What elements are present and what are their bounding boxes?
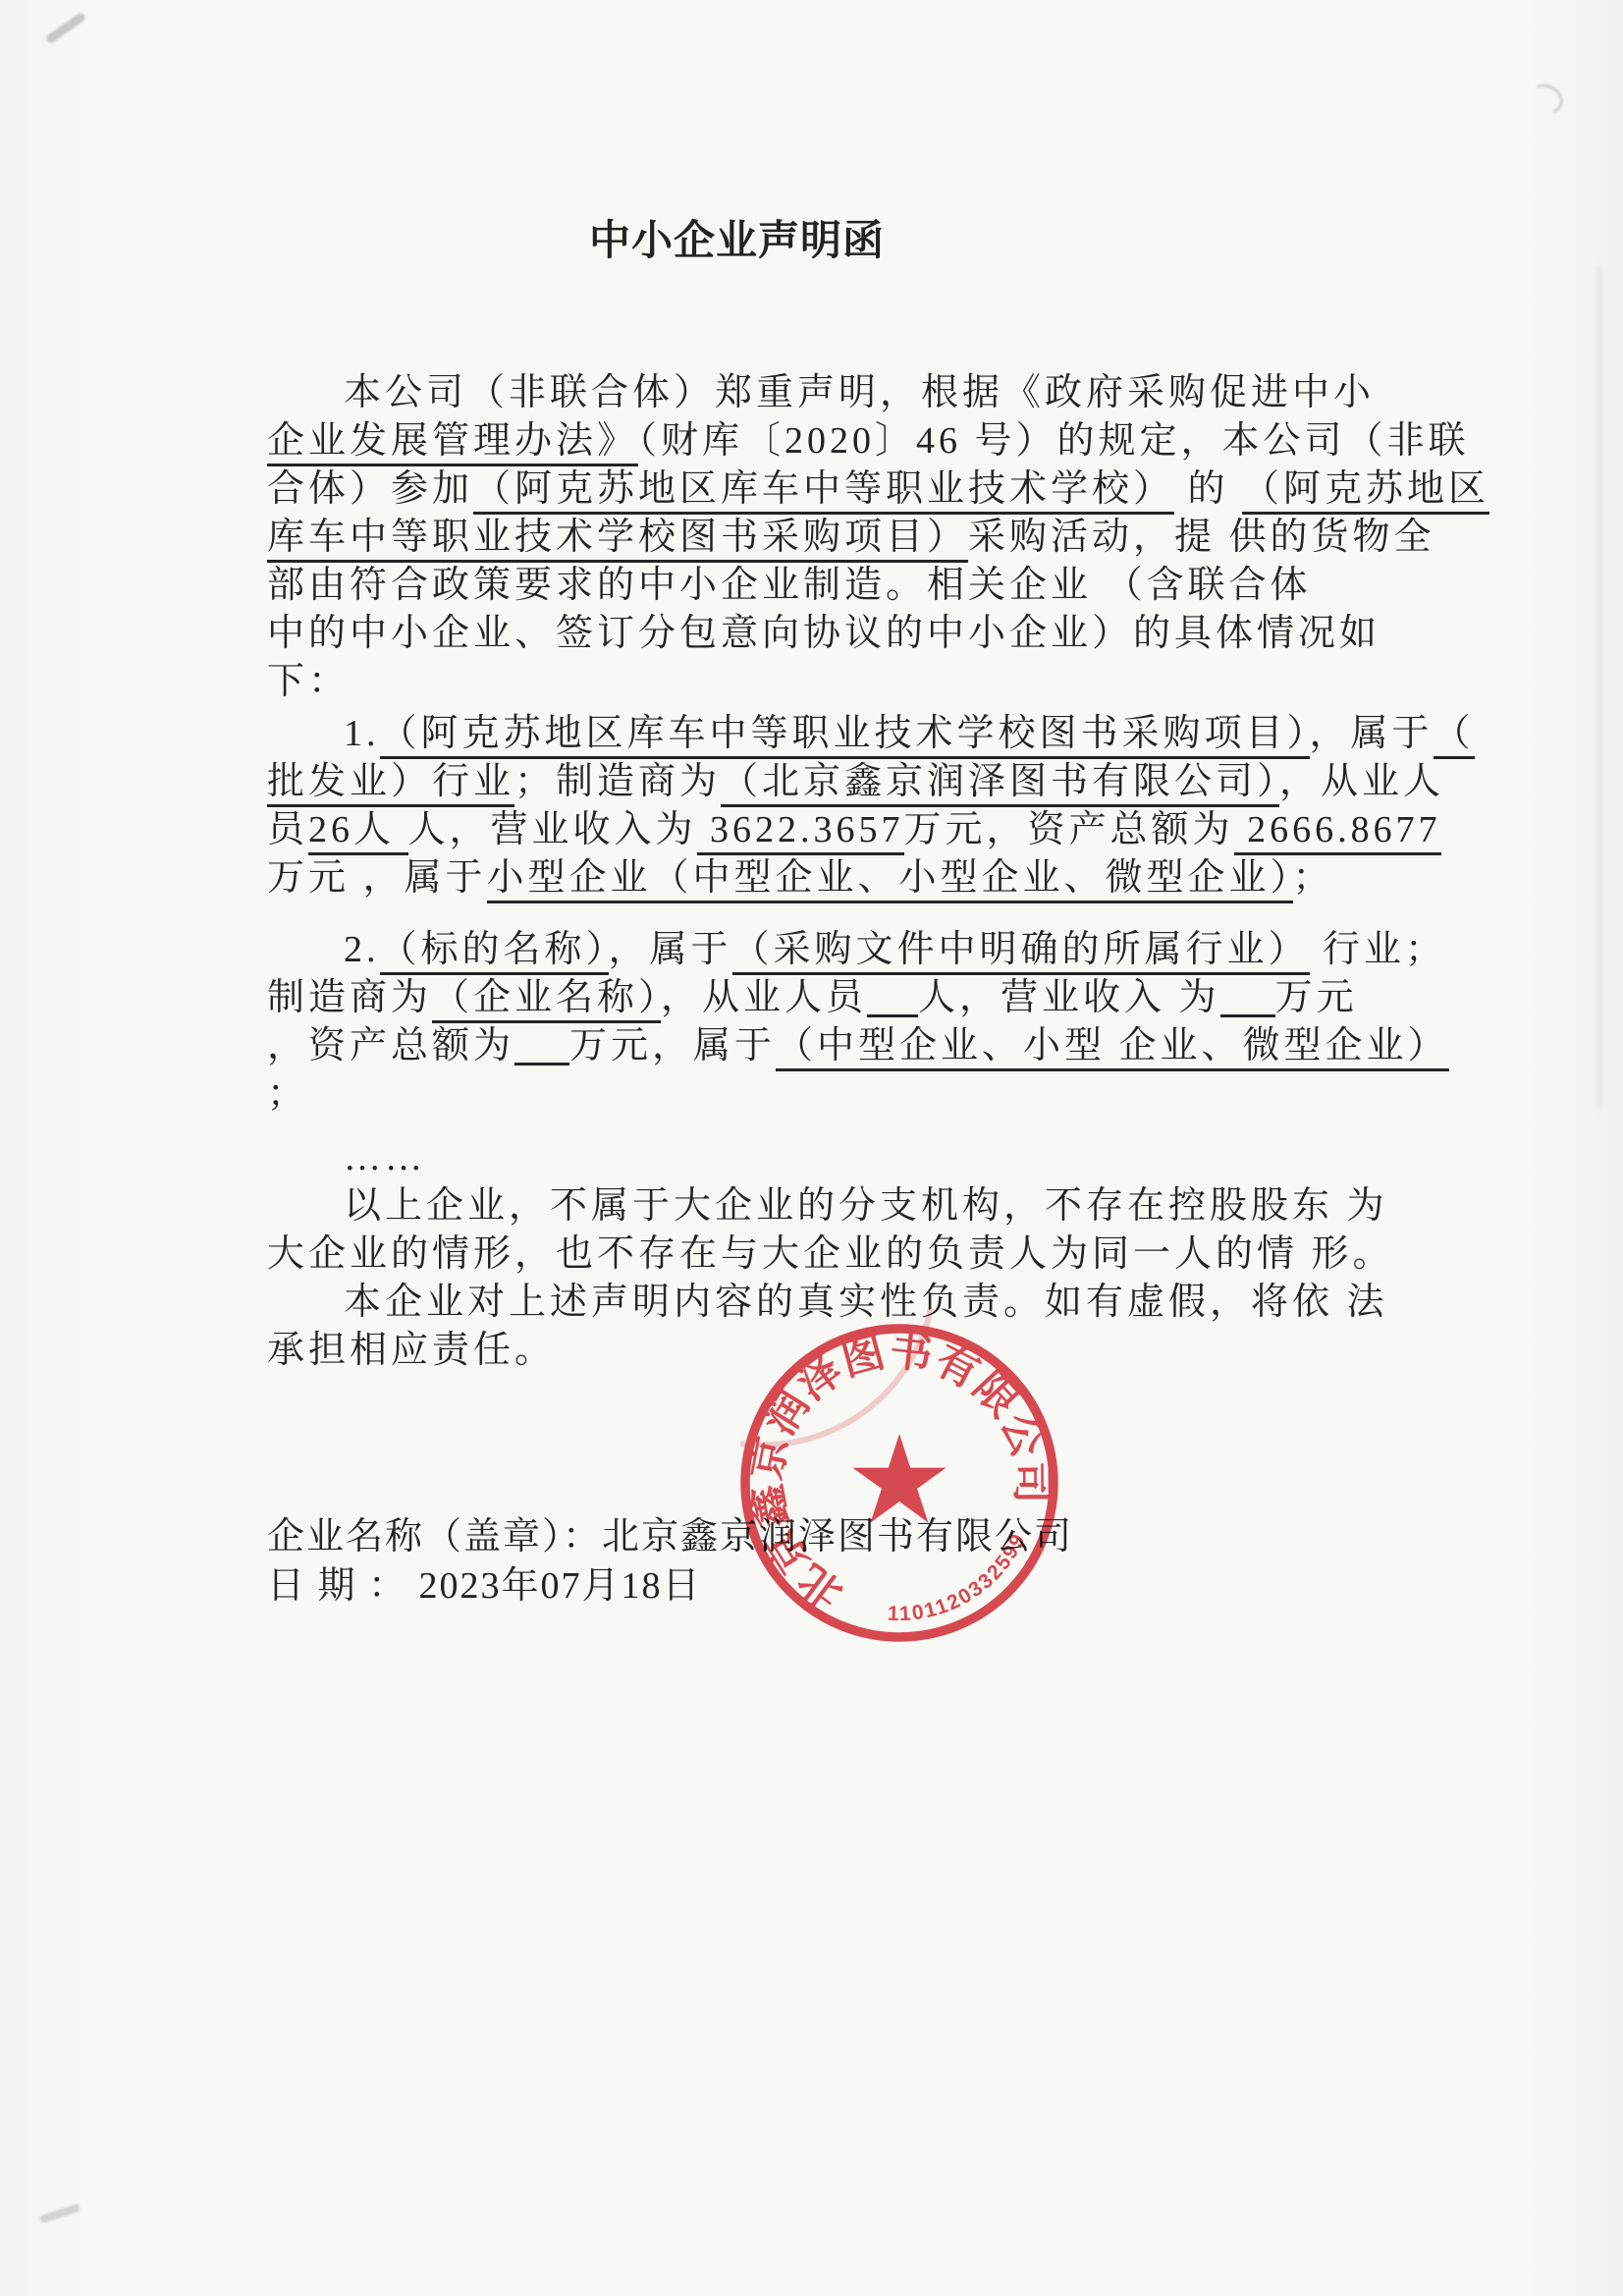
underlined-text: 2666.8677 — [1234, 809, 1441, 855]
paragraph: …… — [267, 1134, 1463, 1182]
text-run: 人，营业收入为 — [408, 809, 697, 850]
text-run: 的 — [1174, 468, 1242, 510]
body-line: 企业发展管理办法》（财库〔2020〕46 号）的规定，本公司（非联 — [267, 417, 1463, 465]
paragraph: 本公司（非联合体）郑重声明，根据《政府采购促进中小企业发展管理办法》（财库〔20… — [267, 369, 1463, 706]
underlined-text: （ — [1434, 713, 1475, 759]
fill-in-blank — [867, 981, 918, 1017]
text-run: ，从业人 — [1279, 761, 1444, 802]
text-run: 本公司（非联合体）郑重声明，根据《政府采购促进中小 — [344, 372, 1375, 413]
stamp-star-icon — [852, 1434, 946, 1523]
text-run: ； — [1293, 857, 1334, 899]
body-line: 合体）参加（阿克苏地区库车中等职业技术学校） 的 （阿克苏地区 — [267, 465, 1463, 514]
text-run: 以上企业，不属于大企业的分支机构，不存在控股股东 为 — [344, 1185, 1388, 1227]
underlined-text: 小型企业（中型企业、小型企业、微型企业） — [487, 857, 1293, 903]
underlined-text: 库车中等职业技术学校图书采购项目） — [267, 517, 968, 563]
text-run: 万元，资产总额为 — [904, 809, 1234, 850]
underlined-text: （采购文件中明确的所属行业） — [732, 929, 1310, 975]
text-run: 2. — [344, 929, 380, 970]
underlined-text: （企业名称） — [432, 977, 661, 1023]
scan-artifact — [45, 12, 87, 45]
scan-artifact — [1524, 80, 1567, 120]
underlined-text: 3622.3657 — [697, 809, 904, 855]
body-line: 万元 ，属于小型企业（中型企业、小型企业、微型企业）； — [267, 854, 1463, 902]
stamp-number-text: 1101120332599 — [887, 1529, 1030, 1625]
underlined-text: 批发业）行业 — [267, 761, 514, 807]
body-line: 部由符合政策要求的中小企业制造。相关企业 （含联合体 — [267, 562, 1463, 610]
body-line: 下： — [267, 658, 1463, 706]
underlined-text: （标的名称） — [380, 929, 609, 975]
text-run: 合体）参加 — [267, 468, 473, 510]
text-run: 万元，属于 — [569, 1025, 776, 1066]
body-line: 大企业的情形，也不存在与大企业的负责人为同一人的情 形。 — [267, 1230, 1463, 1279]
text-run: ，属于 — [609, 929, 732, 970]
text-run: ，从业人员 — [661, 977, 867, 1018]
body-line: 以上企业，不属于大企业的分支机构，不存在控股股东 为 — [267, 1182, 1463, 1230]
body-line: 员26人 人，营业收入为 3622.3657万元，资产总额为 2666.8677 — [267, 806, 1463, 854]
text-run: 制造商为 — [267, 977, 432, 1018]
text-run: 行业； — [1310, 929, 1447, 970]
text-run: 承担相应责任。 — [267, 1330, 556, 1371]
text-run: 部由符合政策要求的中小企业制造。相关企业 （含联合体 — [267, 565, 1312, 606]
body-line: 中的中小企业、签订分包意向协议的中小企业）的具体情况如 — [267, 610, 1463, 658]
text-run: 中的中小企业、签订分包意向协议的中小企业）的具体情况如 — [267, 613, 1380, 654]
company-seal-stamp: 北京鑫京润泽图书有限公司 1101120332599 — [703, 1294, 1096, 1687]
document-body: 本公司（非联合体）郑重声明，根据《政府采购促进中小企业发展管理办法》（财库〔20… — [267, 369, 1463, 1375]
fill-in-blank — [514, 1029, 569, 1066]
underlined-text: （中型企业、小型 企业、微型企业） — [776, 1025, 1449, 1071]
body-line: 2.（标的名称），属于（采购文件中明确的所属行业） 行业； — [267, 926, 1463, 974]
svg-text:1101120332599: 1101120332599 — [887, 1529, 1030, 1625]
paragraph: 以上企业，不属于大企业的分支机构，不存在控股股东 为大企业的情形，也不存在与大企… — [267, 1182, 1463, 1279]
underlined-text: （阿克苏地区库车中等职业技术学校） — [473, 468, 1174, 515]
text-run: 员 — [267, 809, 308, 850]
text-run: ，属于 — [1310, 713, 1434, 754]
paragraph: 1.（阿克苏地区库车中等职业技术学校图书采购项目），属于（批发业）行业；制造商为… — [267, 710, 1463, 902]
text-run: 万元 — [1275, 977, 1358, 1018]
text-run: 1. — [344, 713, 380, 754]
paragraph: 2.（标的名称），属于（采购文件中明确的所属行业） 行业；制造商为（企业名称），… — [267, 926, 1463, 1119]
text-run: ； — [267, 1073, 308, 1115]
underlined-text: （北京鑫京润泽图书有限公司） — [721, 761, 1279, 807]
body-line: 本公司（非联合体）郑重声明，根据《政府采购促进中小 — [267, 369, 1463, 417]
page-title: 中小企业声明函 — [589, 208, 885, 267]
text-run: 下： — [267, 661, 350, 702]
text-run: 采购活动，提 供的货物全 — [968, 517, 1435, 558]
text-run: 人，营业收入 为 — [918, 977, 1220, 1018]
text-run: 大企业的情形，也不存在与大企业的负责人为同一人的情 形。 — [267, 1233, 1394, 1275]
body-line: 库车中等职业技术学校图书采购项目）采购活动，提 供的货物全 — [267, 514, 1463, 562]
text-run: …… — [344, 1137, 426, 1178]
fill-in-blank — [1220, 981, 1275, 1017]
text-run: ，资产总额为 — [267, 1025, 514, 1066]
body-line: 制造商为（企业名称），从业人员人，营业收入 为万元 — [267, 974, 1463, 1022]
text-run: ；制造商为 — [514, 761, 721, 802]
body-line: ； — [267, 1070, 1463, 1119]
body-line: 1.（阿克苏地区库车中等职业技术学校图书采购项目），属于（ — [267, 710, 1463, 758]
scan-artifact — [39, 2204, 81, 2224]
text-run: 万元 ，属于 — [267, 857, 487, 899]
document-page: 中小企业声明函 本公司（非联合体）郑重声明，根据《政府采购促进中小企业发展管理办… — [0, 0, 1623, 2296]
body-line: ，资产总额为万元，属于（中型企业、小型 企业、微型企业） — [267, 1022, 1463, 1070]
scan-artifact — [1596, 265, 1602, 1110]
body-line: …… — [267, 1134, 1463, 1182]
underlined-text: （阿克苏地区库车中等职业技术学校图书采购项目） — [380, 713, 1310, 759]
underlined-text: 企业发展管理办法》 — [267, 420, 638, 466]
text-run: （财库〔2020〕46 号）的规定，本公司（非联 — [638, 420, 1470, 462]
body-line: 批发业）行业；制造商为（北京鑫京润泽图书有限公司），从业人 — [267, 758, 1463, 806]
underlined-text: 26人 — [308, 809, 408, 855]
underlined-text: （阿克苏地区 — [1242, 468, 1489, 515]
